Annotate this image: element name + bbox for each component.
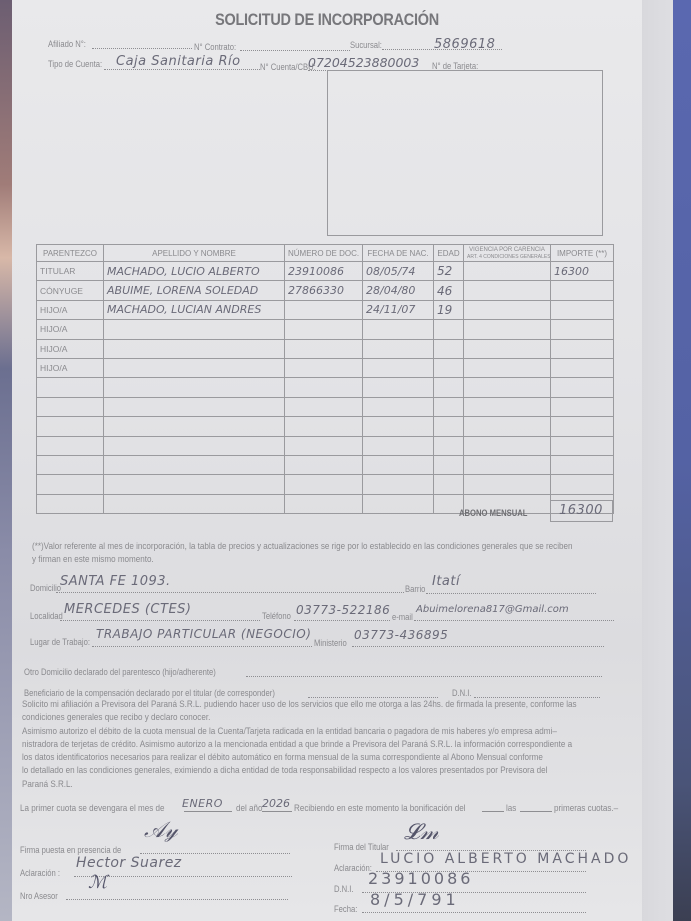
ministerio-value: 03773-436895 <box>354 628 448 642</box>
beneficiario-dni-label: D.N.I. <box>452 688 472 698</box>
barrio-field[interactable] <box>426 593 596 594</box>
aclaracion-left-label: Aclaración : <box>20 868 60 878</box>
cell-doc[interactable] <box>285 378 363 397</box>
tipo-cuenta-label: Tipo de Cuenta: <box>48 59 102 69</box>
cell-doc[interactable]: 27866330 <box>285 281 363 300</box>
table-row: HIJO/A <box>37 358 614 377</box>
fecha-field[interactable] <box>362 912 586 913</box>
cell-doc[interactable] <box>285 300 363 319</box>
cell-importe[interactable] <box>551 475 614 494</box>
cell-importe[interactable] <box>551 378 614 397</box>
localidad-value: MERCEDES (CTES) <box>64 602 192 617</box>
cell-edad[interactable] <box>434 436 464 455</box>
las-label: las <box>506 803 516 814</box>
bonificacion-field[interactable] <box>482 811 504 812</box>
asesor-mark: ℳ <box>88 872 107 893</box>
cuotas-field[interactable] <box>520 811 552 812</box>
cell-fecha-nac[interactable] <box>363 436 434 455</box>
contrato-field[interactable] <box>240 50 350 51</box>
anio-value: 2026 <box>262 797 290 810</box>
legal-line: los datos identificatorios necesarios pa… <box>22 751 629 764</box>
table-row <box>37 475 614 494</box>
cell-importe[interactable] <box>551 358 614 377</box>
col-vigencia-title: VIGENCIA POR CARENCIA <box>467 247 547 254</box>
cell-vigencia[interactable] <box>464 436 551 455</box>
ministerio-label: Ministerio <box>314 638 347 648</box>
cell-nombre[interactable] <box>104 475 285 494</box>
cell-edad[interactable]: 46 <box>434 281 464 300</box>
cell-nombre[interactable] <box>104 339 285 358</box>
cell-fecha-nac[interactable]: 08/05/74 <box>363 262 434 281</box>
cell-vigencia[interactable] <box>464 300 551 319</box>
table-row: HIJO/A <box>37 320 614 339</box>
ministerio-field[interactable] <box>352 646 604 647</box>
cell-doc[interactable] <box>285 455 363 474</box>
family-members-table: PARENTEZCO APELLIDO Y NOMBRE NÚMERO DE D… <box>36 244 614 514</box>
dni-value: 23910086 <box>368 869 473 888</box>
cell-edad[interactable] <box>434 397 464 416</box>
col-parentezco: PARENTEZCO <box>37 245 104 262</box>
cell-edad[interactable] <box>434 475 464 494</box>
fecha-value: 8/5/791 <box>370 890 460 909</box>
cell-nombre[interactable] <box>104 358 285 377</box>
table-row: CÓNYUGEABUIME, LORENA SOLEDAD2786633028/… <box>37 281 614 300</box>
cell-parentezco <box>37 475 104 494</box>
form-title: SOLICITUD DE INCORPORACIÓN <box>59 10 595 30</box>
cuenta-cbu-value: 07204523880003 <box>308 55 419 70</box>
cell-fecha-nac[interactable]: 24/11/07 <box>363 300 434 319</box>
col-doc: NÚMERO DE DOC. <box>285 245 363 262</box>
legal-line: condiciones generales que recibo y decla… <box>22 711 629 724</box>
legal-line: lo detallado en las condiciones generale… <box>22 764 629 777</box>
sucursal-value: 5869618 <box>434 37 495 52</box>
legal-line: Solicito mi afiliación a Previsora del P… <box>22 698 629 711</box>
bonificacion-label: Recibiendo en este momento la bonificaci… <box>294 803 465 814</box>
otro-domicilio-label: Otro Domicilio declarado del parentesco … <box>24 667 216 677</box>
cell-vigencia[interactable] <box>464 320 551 339</box>
table-row: TITULARMACHADO, LUCIO ALBERTO2391008608/… <box>37 262 614 281</box>
primeras-cuotas-label: primeras cuotas.– <box>554 803 618 814</box>
primer-cuota-mes-value: ENERO <box>182 797 223 810</box>
table-row <box>37 417 614 436</box>
cell-doc[interactable] <box>285 358 363 377</box>
cell-vigencia[interactable] <box>464 281 551 300</box>
firma-presencia-field[interactable] <box>140 853 290 854</box>
aclaracion-right-label: Aclaración: <box>334 863 372 873</box>
titular-signature: 𝓛𝓂 <box>404 820 439 845</box>
abono-mensual-label: ABONO MENSUAL <box>459 508 527 518</box>
cell-nombre[interactable] <box>104 455 285 474</box>
cell-parentezco <box>37 494 104 513</box>
abono-mensual-value: 16300 <box>559 503 603 518</box>
anio-label: del año <box>236 803 262 814</box>
cell-edad[interactable] <box>434 358 464 377</box>
dni-label: D.N.I. <box>334 884 354 894</box>
cell-doc[interactable] <box>285 320 363 339</box>
abono-mensual-field[interactable]: 16300 <box>550 500 613 522</box>
fecha-label: Fecha: <box>334 904 357 914</box>
price-note-line-1: (**)Valor referente al mes de incorporac… <box>32 540 613 553</box>
cell-edad[interactable]: 19 <box>434 300 464 319</box>
cell-doc[interactable] <box>285 494 363 513</box>
cell-edad[interactable] <box>434 339 464 358</box>
lugar-trabajo-label: Lugar de Trabajo: <box>30 637 90 647</box>
telefono-field[interactable] <box>294 620 390 621</box>
form-sheet: SOLICITUD DE INCORPORACIÓN Afiliado N°: … <box>12 0 642 921</box>
col-importe: IMPORTE (**) <box>551 245 614 262</box>
afiliado-label: Afiliado N°: <box>48 39 86 49</box>
cell-importe[interactable] <box>551 455 614 474</box>
cell-parentezco <box>37 397 104 416</box>
cell-vigencia[interactable] <box>464 455 551 474</box>
legal-line: Asimismo autorizo el débito de la cuota … <box>22 725 629 738</box>
cell-nombre[interactable] <box>104 397 285 416</box>
table-header-row: PARENTEZCO APELLIDO Y NOMBRE NÚMERO DE D… <box>37 245 614 262</box>
cell-parentezco <box>37 378 104 397</box>
cell-fecha-nac[interactable] <box>363 397 434 416</box>
aclaracion-left-value: Hector Suarez <box>76 855 182 871</box>
cell-doc[interactable] <box>285 436 363 455</box>
cell-nombre[interactable] <box>104 378 285 397</box>
cell-nombre[interactable]: ABUIME, LORENA SOLEDAD <box>104 281 285 300</box>
cell-vigencia[interactable] <box>464 417 551 436</box>
cell-parentezco <box>37 436 104 455</box>
cell-parentezco <box>37 417 104 436</box>
price-note-line-2: y firman en este mismo momento. <box>32 553 613 566</box>
cell-doc[interactable] <box>285 397 363 416</box>
telefono-value: 03773-522186 <box>296 603 390 617</box>
afiliado-field[interactable] <box>92 48 192 49</box>
cell-fecha-nac[interactable] <box>363 455 434 474</box>
cell-importe[interactable] <box>551 300 614 319</box>
cell-parentezco <box>37 455 104 474</box>
col-vigencia-subtitle: ART. 4 CONDICIONES GENERALES <box>467 254 547 260</box>
cell-nombre[interactable] <box>104 417 285 436</box>
cell-importe[interactable]: 16300 <box>551 262 614 281</box>
legal-line: Paraná S.R.L. <box>22 778 629 791</box>
lugar-trabajo-value: TRABAJO PARTICULAR (NEGOCIO) <box>96 627 311 641</box>
cell-edad[interactable] <box>434 378 464 397</box>
cell-doc[interactable]: 23910086 <box>285 262 363 281</box>
telefono-label: Teléfono <box>262 611 291 621</box>
primer-cuota-mes-field[interactable] <box>184 811 232 812</box>
cell-parentezco: HIJO/A <box>37 300 104 319</box>
table-row <box>37 378 614 397</box>
cell-vigencia[interactable] <box>464 475 551 494</box>
col-edad: EDAD <box>434 245 464 262</box>
beneficiario-label: Beneficiario de la compensación declarad… <box>24 688 275 698</box>
anio-field[interactable] <box>262 811 292 812</box>
cell-importe[interactable] <box>551 339 614 358</box>
cell-doc[interactable] <box>285 339 363 358</box>
col-nombre: APELLIDO Y NOMBRE <box>104 245 285 262</box>
col-vigencia: VIGENCIA POR CARENCIA ART. 4 CONDICIONES… <box>464 245 551 262</box>
barrio-value: Itatí <box>432 574 460 589</box>
email-label: e-mail <box>392 612 413 622</box>
lugar-trabajo-field[interactable] <box>92 646 312 647</box>
cell-fecha-nac[interactable] <box>363 475 434 494</box>
cell-nombre[interactable] <box>104 494 285 513</box>
firma-presencia-label: Firma puesta en presencia de <box>20 845 121 855</box>
table-row: HIJO/A <box>37 339 614 358</box>
aclaracion-right-value: LUCIO ALBERTO MACHADO <box>380 851 631 867</box>
localidad-label: Localidad <box>30 611 63 621</box>
cell-vigencia[interactable] <box>464 339 551 358</box>
cell-fecha-nac[interactable] <box>363 378 434 397</box>
otro-domicilio-field[interactable] <box>246 676 602 677</box>
col-fecha-nac: FECHA DE NAC. <box>363 245 434 262</box>
cell-fecha-nac[interactable] <box>363 339 434 358</box>
cell-importe[interactable] <box>551 320 614 339</box>
asesor-label: Nro Asesor <box>20 891 58 901</box>
contrato-label: N° Contrato: <box>194 42 236 52</box>
localidad-field[interactable] <box>60 620 260 621</box>
table-row: HIJO/AMACHADO, LUCIAN ANDRES24/11/0719 <box>37 300 614 319</box>
table-row <box>37 397 614 416</box>
cell-fecha-nac[interactable] <box>363 320 434 339</box>
cell-vigencia[interactable] <box>464 397 551 416</box>
cell-fecha-nac[interactable] <box>363 494 434 513</box>
cell-vigencia[interactable] <box>464 262 551 281</box>
cell-edad[interactable] <box>434 417 464 436</box>
cell-parentezco: HIJO/A <box>37 358 104 377</box>
email-field[interactable] <box>414 620 614 621</box>
cell-parentezco: HIJO/A <box>37 339 104 358</box>
table-row <box>37 436 614 455</box>
cell-importe[interactable] <box>551 281 614 300</box>
cell-vigencia[interactable] <box>464 358 551 377</box>
cell-nombre[interactable] <box>104 436 285 455</box>
barrio-label: Barrio <box>405 584 425 594</box>
legal-text: Solicito mi afiliación a Previsora del P… <box>22 698 629 791</box>
cell-parentezco: CÓNYUGE <box>37 281 104 300</box>
cell-vigencia[interactable] <box>464 378 551 397</box>
domicilio-value: SANTA FE 1093. <box>60 574 171 589</box>
table-row <box>37 455 614 474</box>
cell-fecha-nac[interactable] <box>363 417 434 436</box>
tipo-cuenta-value: Caja Sanitaria Río <box>116 54 241 69</box>
primer-cuota-label: La primer cuota se devengara el mes de <box>20 803 165 814</box>
legal-line: nistradora de terjetas de crédito. Asimi… <box>22 738 629 751</box>
cell-edad[interactable]: 52 <box>434 262 464 281</box>
cell-parentezco: HIJO/A <box>37 320 104 339</box>
domicilio-field[interactable] <box>56 592 404 593</box>
cell-importe[interactable] <box>551 397 614 416</box>
cell-nombre[interactable] <box>104 320 285 339</box>
sucursal-label: Sucursal: <box>350 40 382 50</box>
cell-doc[interactable] <box>285 475 363 494</box>
cell-nombre[interactable]: MACHADO, LUCIAN ANDRES <box>104 300 285 319</box>
witness-signature: 𝒜𝓎 <box>144 818 178 843</box>
cell-edad[interactable] <box>434 455 464 474</box>
cell-fecha-nac[interactable] <box>363 358 434 377</box>
asesor-field[interactable] <box>66 899 288 900</box>
cell-edad[interactable] <box>434 320 464 339</box>
cell-doc[interactable] <box>285 417 363 436</box>
cell-parentezco: TITULAR <box>37 262 104 281</box>
cell-importe[interactable] <box>551 436 614 455</box>
price-note: (**)Valor referente al mes de incorporac… <box>32 540 613 567</box>
cell-fecha-nac[interactable]: 28/04/80 <box>363 281 434 300</box>
email-value: Abuimelorena817@Gmail.com <box>416 604 569 615</box>
cell-nombre[interactable]: MACHADO, LUCIO ALBERTO <box>104 262 285 281</box>
photo-box <box>327 70 603 236</box>
tipo-cuenta-field[interactable] <box>104 69 260 70</box>
cell-importe[interactable] <box>551 417 614 436</box>
